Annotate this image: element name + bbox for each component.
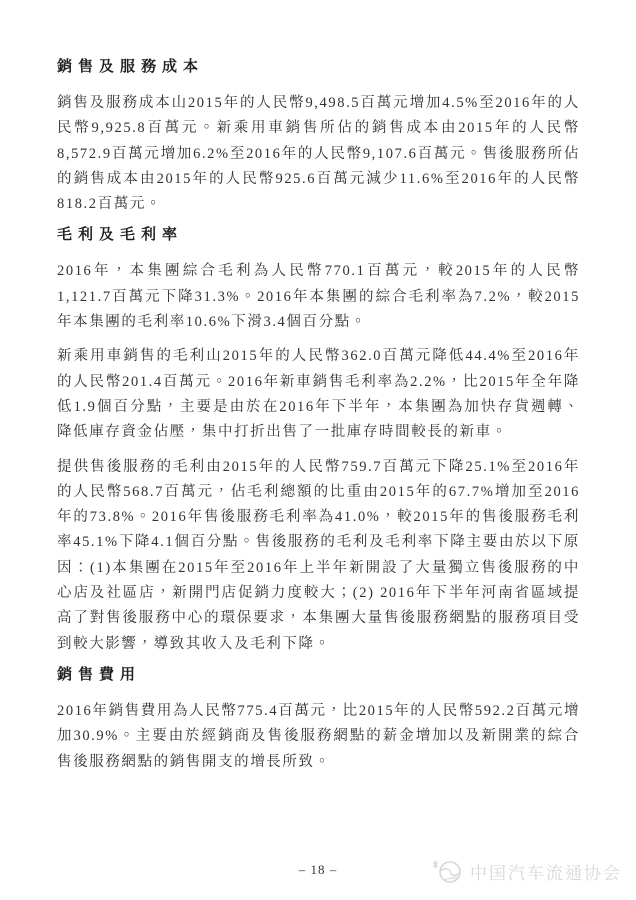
section-heading-selling-expenses: 銷售費用	[57, 666, 580, 684]
cada-association-logo-icon	[430, 856, 464, 886]
document-page: 銷售及服務成本 銷售及服務成本山2015年的人民幣9,498.5百萬元增加4.5…	[0, 0, 636, 900]
paragraph-gross-profit-after-sales: 提供售後服務的毛利由2015年的人民幣759.7百萬元下降25.1%至2016年…	[57, 455, 580, 657]
section-selling-expenses: 銷售費用 2016年銷售費用為人民幣775.4百萬元，比2015年的人民幣592…	[57, 666, 580, 775]
page-footer: – 18 – 中国汽车流通协会	[0, 844, 636, 900]
paragraph-selling-expenses: 2016年銷售費用為人民幣775.4百萬元，比2015年的人民幣592.2百萬元…	[57, 699, 580, 775]
paragraph-gross-profit-new-cars: 新乘用車銷售的毛利山2015年的人民幣362.0百萬元降低44.4%至2016年…	[57, 344, 580, 445]
paragraph-gross-profit-overall: 2016年，本集團綜合毛利為人民幣770.1百萬元，較2015年的人民幣1,12…	[57, 259, 580, 335]
section-heading-gross-profit: 毛利及毛利率	[57, 226, 580, 244]
paragraph-cost-of-sales: 銷售及服務成本山2015年的人民幣9,498.5百萬元增加4.5%至2016年的…	[57, 91, 580, 217]
watermark-text: 中国汽车流通协会	[470, 859, 622, 884]
watermark: 中国汽车流通协会	[430, 856, 622, 886]
section-cost-of-sales-and-services: 銷售及服務成本 銷售及服務成本山2015年的人民幣9,498.5百萬元增加4.5…	[57, 58, 580, 217]
section-heading-cost-of-sales: 銷售及服務成本	[57, 58, 580, 76]
section-gross-profit-and-margin: 毛利及毛利率 2016年，本集團綜合毛利為人民幣770.1百萬元，較2015年的…	[57, 226, 580, 656]
